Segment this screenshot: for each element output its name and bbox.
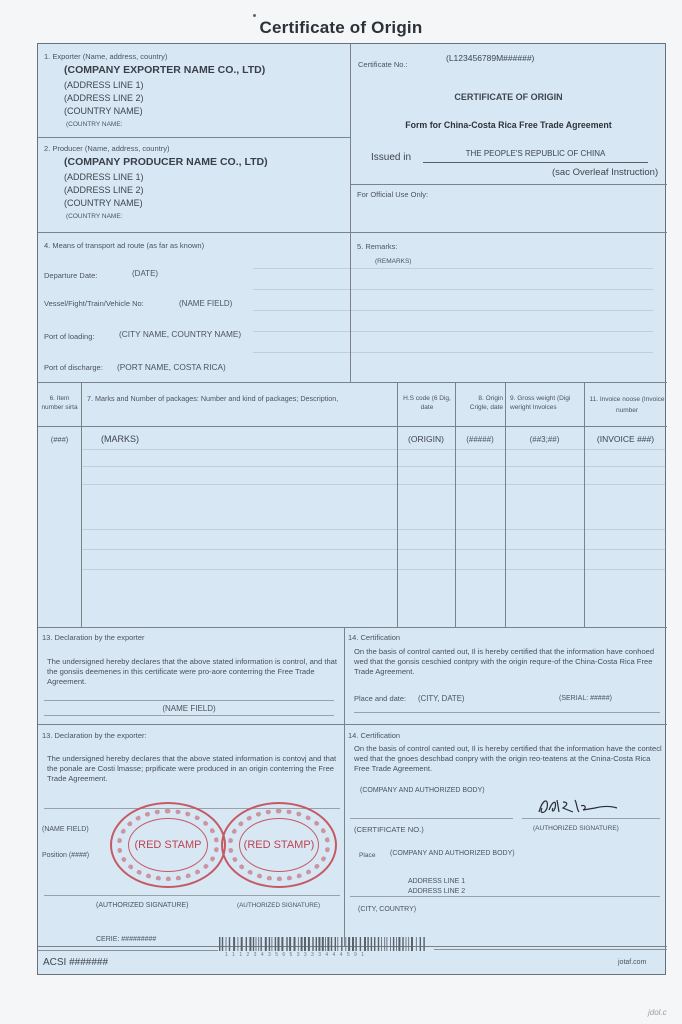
- discharge-label: Port of discharge:: [44, 363, 103, 372]
- faint-rule: [82, 569, 666, 570]
- divider: [350, 184, 667, 185]
- faint-rule: [82, 466, 666, 467]
- declaration-text: The undersigned hereby declares that the…: [47, 657, 339, 687]
- producer-company: (COMPANY PRODUCER NAME CO., LTD): [64, 156, 268, 168]
- rule: [44, 895, 340, 896]
- authorized-signature-1: (AUTHORIZED SIGNATURE): [96, 902, 188, 909]
- city-country: (CITY, COUNTRY): [358, 906, 416, 913]
- cell-invoice: (INVOICE ###): [584, 434, 667, 444]
- divider: [455, 382, 456, 627]
- divider: [505, 382, 506, 627]
- divider: [38, 137, 350, 138]
- exporter-country: (COUNTRY NAME): [64, 106, 143, 116]
- document-title: Certificate of Origin: [0, 18, 682, 38]
- issued-in-label: Issued in: [371, 152, 411, 163]
- departure-label: Departure Date:: [44, 271, 97, 280]
- faint-rule: [82, 529, 666, 530]
- rule: [522, 818, 660, 819]
- certification-text: On the basis of control canted out, Il i…: [354, 647, 660, 677]
- exporter-address-1: (ADDRESS LINE 1): [64, 80, 144, 90]
- divider: [344, 627, 345, 946]
- departure-value: (DATE): [132, 269, 158, 278]
- red-stamp-1: (RED STAMP: [110, 802, 226, 888]
- signature-scribble: [533, 794, 623, 818]
- divider: [397, 382, 398, 627]
- certification-2-label: 14. Certification: [348, 731, 400, 740]
- declaration-2-label: 13. Declaration by the exporter:: [42, 731, 147, 740]
- faint-rule: [253, 352, 653, 353]
- certificate-form: 1. Exporter (Name, address, country) (CO…: [37, 43, 666, 975]
- producer-address-2: (ADDRESS LINE 2): [64, 185, 144, 195]
- divider: [38, 382, 667, 383]
- rule: [350, 818, 513, 819]
- official-use-label: For Official Use Only:: [357, 190, 428, 199]
- authorized-signature-3: (AUTHORIZED SIGNATURE): [533, 825, 619, 832]
- col-header-gross-weight: 9. Gross weight (Digi weright Involces: [510, 394, 582, 412]
- certificate-no: (L123456789M######): [446, 53, 534, 63]
- col-header-marks: 7. Marks and Number of packages: Number …: [87, 394, 338, 403]
- rule: [44, 715, 334, 716]
- faint-rule: [253, 310, 653, 311]
- producer-address-1: (ADDRESS LINE 1): [64, 172, 144, 182]
- serie-number: CERIE: #########: [96, 936, 156, 943]
- exporter-company: (COMPANY EXPORTER NAME CO., LTD): [64, 64, 265, 76]
- divider: [38, 426, 667, 427]
- signatory-position: Position (####): [42, 852, 89, 859]
- certifying-body: (COMPANY AND AUTHORIZED BODY): [360, 787, 485, 794]
- exporter-label: 1. Exporter (Name, address, country): [44, 52, 167, 61]
- website: jotaf.com: [618, 959, 646, 966]
- divider: [81, 382, 82, 627]
- place-value: (COMPANY AND AUTHORIZED BODY): [390, 850, 515, 857]
- cell-marks: (MARKS): [101, 434, 139, 444]
- divider: [38, 724, 667, 725]
- remarks-value: (REMARKS): [375, 258, 411, 265]
- red-stamp-1-text: (RED STAMP: [112, 839, 224, 851]
- certificate-no-label: Certificate No.:: [358, 60, 408, 69]
- certificate-no-field: (CERTIFICATE NO.): [354, 825, 424, 834]
- divider: [38, 627, 667, 628]
- red-stamp-2-text: (RED STAMP): [223, 839, 335, 851]
- col-header-item: 6. Item number sirta: [38, 394, 81, 412]
- acsi-code: ACSI #######: [43, 957, 108, 968]
- declaration-2-text: The undersigned hereby declares that the…: [47, 754, 339, 784]
- watermark: jdol.c: [648, 1008, 667, 1017]
- faint-rule: [253, 331, 653, 332]
- faint-rule: [82, 484, 666, 485]
- transport-label: 4. Means of transport ad route (as far a…: [44, 241, 204, 250]
- vessel-label: Vessel/Fight/Train/Vehicle No:: [44, 299, 144, 308]
- certifier-address-2: ADDRESS LINE 2: [408, 888, 465, 895]
- faint-rule: [253, 289, 653, 290]
- discharge-value: (PORT NAME, COSTA RICA): [117, 362, 226, 372]
- col-header-hs-code: H.S code (6 Dig, date: [402, 394, 452, 412]
- faint-rule: [82, 449, 666, 450]
- loading-label: Port of loading:: [44, 332, 94, 341]
- producer-label: 2. Producer (Name, address, country): [44, 144, 169, 153]
- remarks-label: 5. Remarks:: [357, 242, 397, 251]
- form-title: Form for China-Costa Rica Free Trade Agr…: [350, 120, 667, 130]
- cell-gross-weight: (##3;##): [505, 435, 584, 444]
- certification-2-text: On the basis of control canted out, Il i…: [354, 744, 663, 774]
- rule: [350, 896, 660, 897]
- overleaf-instruction: (sac Overleaf Instruction): [552, 167, 658, 178]
- issued-in-value: THE PEOPLE'S REPUBLIC OF CHINA: [423, 149, 648, 158]
- place-date-value: (CITY, DATE): [418, 694, 465, 703]
- col-header-invoice: 11. Invoice noose (Invoice number: [589, 394, 665, 416]
- certification-label: 14. Certification: [348, 633, 400, 642]
- exporter-address-2: (ADDRESS LINE 2): [64, 93, 144, 103]
- cell-origin: (#####): [455, 435, 505, 444]
- producer-country-small: (COUNTRY NAME:: [66, 213, 122, 220]
- divider: [38, 232, 667, 233]
- barcode: [217, 937, 432, 951]
- exporter-country-small: (COUNTRY NAME:: [66, 121, 122, 128]
- vessel-value: (NAME FIELD): [179, 299, 232, 308]
- speck: [253, 14, 256, 17]
- certifier-address-1: ADDRESS LINE 1: [408, 878, 465, 885]
- signatory-name-field: (NAME FIELD): [42, 826, 89, 833]
- certificate-heading: CERTIFICATE OF ORIGIN: [350, 92, 667, 102]
- faint-rule: [253, 268, 653, 269]
- cell-item: (###): [38, 435, 81, 444]
- barcode-digits: 1 1 1 2 3 4 3 5 6 5 3 3 3 3 4 4 4 5 9 1: [225, 952, 366, 958]
- rule: [354, 712, 660, 713]
- declaration-label: 13. Declaration by the exporter: [42, 633, 145, 642]
- red-stamp-2: (RED STAMP): [221, 802, 337, 888]
- faint-rule: [82, 549, 666, 550]
- issued-in-underline: [423, 162, 648, 163]
- rule: [44, 700, 334, 701]
- divider: [584, 382, 585, 627]
- authorized-signature-2: (AUTHORIZED SIGNATURE): [237, 902, 320, 909]
- col-header-origin: 8. Origin Crigle, date: [459, 394, 503, 412]
- loading-value: (CITY NAME, COUNTRY NAME): [119, 329, 241, 339]
- rule: [38, 950, 218, 951]
- place-label: Place: [359, 852, 376, 859]
- declaration-name-field: (NAME FIELD): [44, 704, 334, 713]
- place-date-label: Place and date:: [354, 694, 406, 703]
- cell-hs-code: (ORIGIN): [397, 434, 455, 444]
- producer-country: (COUNTRY NAME): [64, 198, 143, 208]
- serial-value: (SERIAL: #####): [559, 695, 612, 702]
- rule: [434, 949, 667, 950]
